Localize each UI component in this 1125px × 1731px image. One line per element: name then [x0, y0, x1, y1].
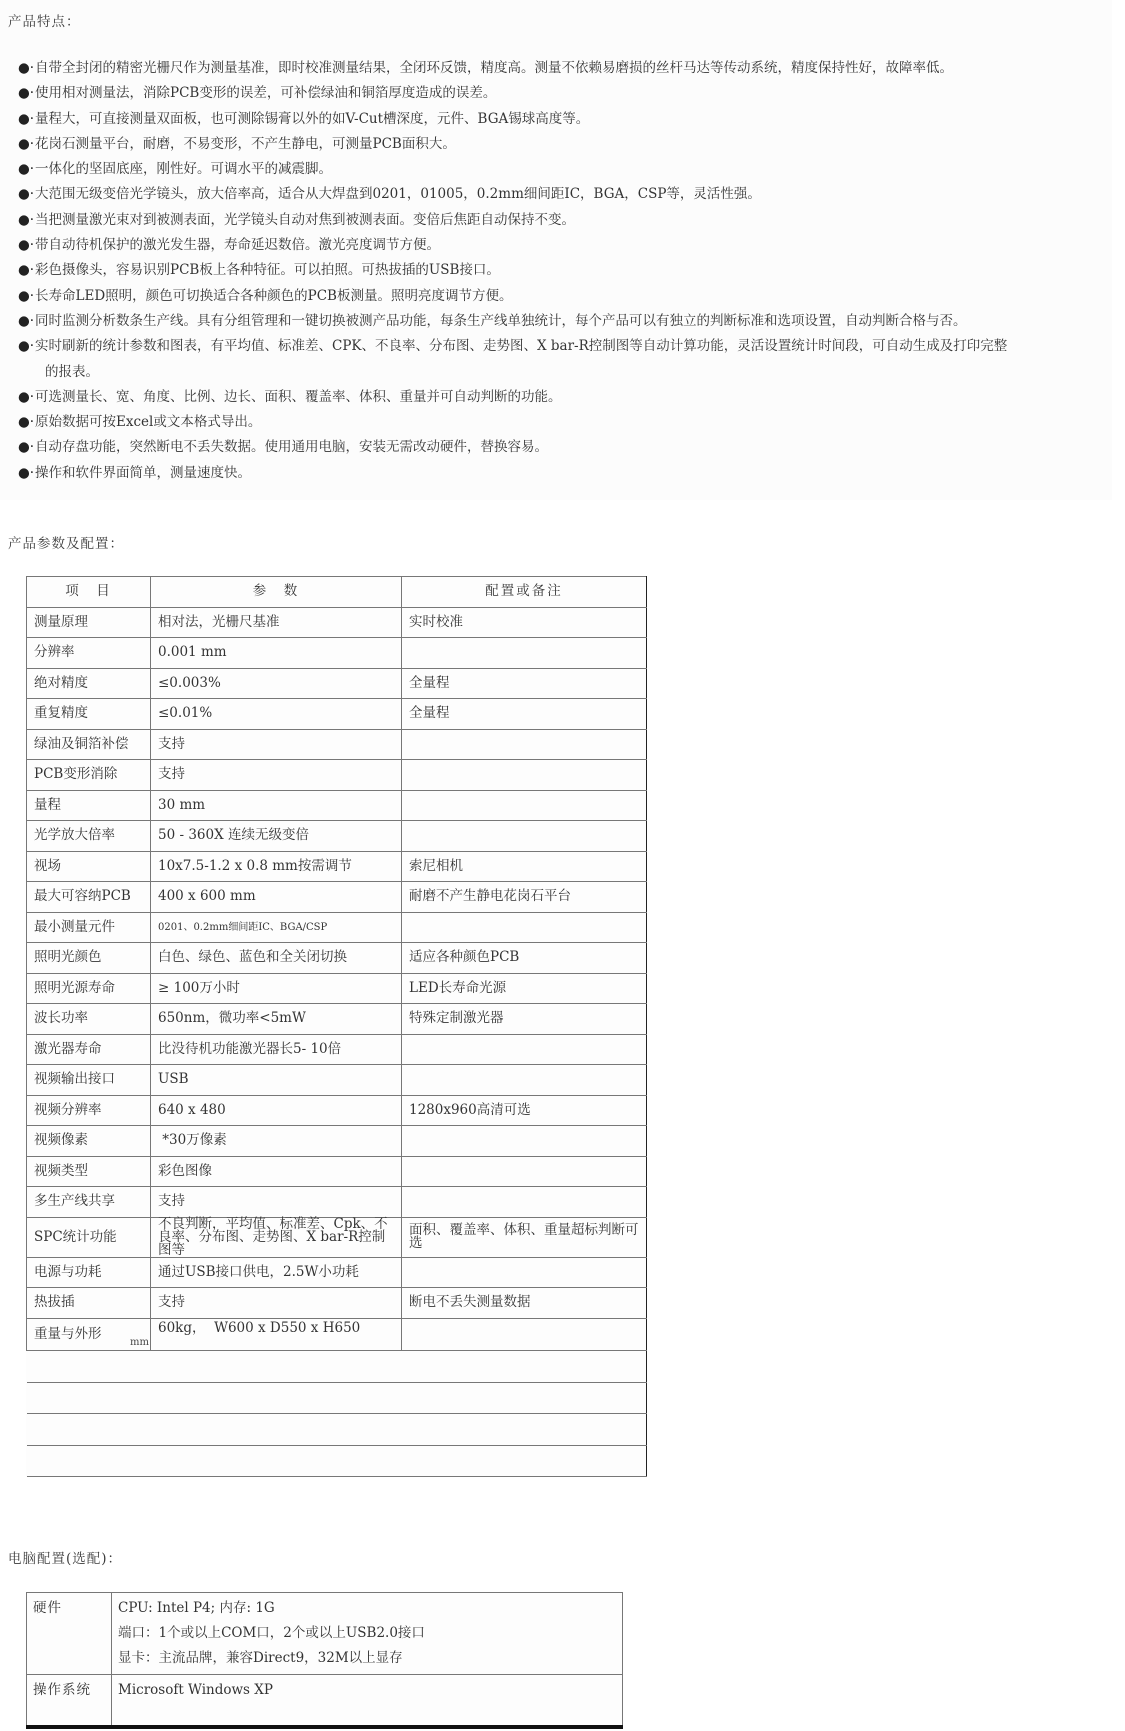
table-row: 多生产线共享支持	[27, 1187, 647, 1218]
os-line: Microsoft Windows XP	[118, 1678, 616, 1703]
bullet-icon: ●·	[18, 107, 34, 132]
spec-table: 项 目 参 数 配置或备注 测量原理相对法，光栅尺基准实时校准 分辨率0.001…	[26, 576, 647, 1477]
features-title: 产品特点：	[8, 10, 81, 30]
table-row: 视场10x7.5-1.2 x 0.8 mm按需调节索尼相机	[27, 851, 647, 882]
table-row: 硬件 CPU: Intel P4; 内存: 1G 端口：1个或以上COM口，2个…	[27, 1593, 623, 1675]
table-row: 重复精度≤0.01%全量程	[27, 699, 647, 730]
blank-row	[27, 1445, 647, 1477]
feature-item: ●·带自动待机保护的激光发生器，寿命延迟数倍。激光亮度调节方便。	[18, 233, 1113, 258]
bullet-icon: ●·	[18, 233, 34, 258]
header-note: 配置或备注	[402, 577, 647, 608]
feature-item: ●·同时监测分析数条生产线。具有分组管理和一键切换被测产品功能，每条生产线单独统…	[18, 309, 1113, 334]
table-row: 波长功率650nm，微功率<5mW特殊定制激光器	[27, 1004, 647, 1035]
feature-item: ●·当把测量激光束对到被测表面，光学镜头自动对焦到被测表面。变倍后焦距自动保持不…	[18, 208, 1113, 233]
feature-item: ●·长寿命LED照明，颜色可切换适合各种颜色的PCB板测量。照明亮度调节方便。	[18, 284, 1113, 309]
feature-item: ●·自动存盘功能，突然断电不丢失数据。使用通用电脑，安装无需改动硬件，替换容易。	[18, 435, 1113, 460]
bullet-icon: ●·	[18, 208, 34, 233]
table-row: 操作系统 Microsoft Windows XP	[27, 1675, 623, 1728]
feature-item: ●·花岗石测量平台，耐磨，不易变形，不产生静电，可测量PCB面积大。	[18, 132, 1113, 157]
table-row: 视频像素 *30万像素	[27, 1126, 647, 1157]
table-row: SPC统计功能不良判断，平均值、标准差、Cpk、不良率、分布图、走势图、X ba…	[27, 1217, 647, 1257]
blank-row	[27, 1382, 647, 1414]
feature-item: ●·可选测量长、宽、角度、比例、边长、面积、覆盖率、体积、重量并可自动判断的功能…	[18, 385, 1113, 410]
bullet-icon: ●·	[18, 157, 34, 182]
pc-config-title: 电脑配置(选配)：	[8, 1547, 122, 1567]
table-row: PCB变形消除支持	[27, 760, 647, 791]
bullet-icon: ●·	[18, 410, 34, 435]
bullet-icon: ●·	[18, 385, 34, 410]
feature-item: ●·实时刷新的统计参数和图表，有平均值、标准差、CPK、不良率、分布图、走势图、…	[18, 334, 1113, 385]
bullet-icon: ●·	[18, 309, 34, 334]
table-row: 光学放大倍率50 - 360X 连续无级变倍	[27, 821, 647, 852]
bullet-icon: ●·	[18, 258, 34, 283]
feature-item: ●·自带全封闭的精密光栅尺作为测量基准，即时校准测量结果，全闭环反馈，精度高。测…	[18, 56, 1113, 81]
table-row: 激光器寿命比没待机功能激光器长5- 10倍	[27, 1034, 647, 1065]
feature-item: ●·原始数据可按Excel或文本格式导出。	[18, 410, 1113, 435]
bullet-icon: ●·	[18, 81, 34, 106]
feature-item: ●·操作和软件界面简单，测量速度快。	[18, 461, 1113, 486]
table-row: 量程30 mm	[27, 790, 647, 821]
table-row: 电源与功耗通过USB接口供电，2.5W小功耗	[27, 1257, 647, 1288]
blank-row	[27, 1414, 647, 1446]
bullet-icon: ●·	[18, 182, 34, 207]
bullet-icon: ●·	[18, 461, 34, 486]
hardware-line: 显卡：主流品牌，兼容Direct9，32M以上显存	[118, 1646, 616, 1671]
table-row: 照明光源寿命≥ 100万小时LED长寿命光源	[27, 973, 647, 1004]
bullet-icon: ●·	[18, 56, 34, 81]
table-row: 热拔插支持断电不丢失测量数据	[27, 1288, 647, 1319]
table-row: 视频类型彩色图像	[27, 1156, 647, 1187]
feature-item: ●·彩色摄像头，容易识别PCB板上各种特征。可以拍照。可热拔插的USB接口。	[18, 258, 1113, 283]
table-row: 绝对精度≤0.003%全量程	[27, 668, 647, 699]
table-row: 分辨率0.001 mm	[27, 638, 647, 669]
hardware-line: CPU: Intel P4; 内存: 1G	[118, 1596, 616, 1621]
table-row: 重量与外形mm60kg， W600 x D550 x H650	[27, 1318, 647, 1351]
table-row: 绿油及铜箔补偿支持	[27, 729, 647, 760]
table-row: 照明光颜色白色、绿色、蓝色和全关闭切换适应各种颜色PCB	[27, 943, 647, 974]
table-row: 视频分辨率640 x 4801280x960高清可选	[27, 1095, 647, 1126]
table-row: 最大可容纳PCB400 x 600 mm耐磨不产生静电花岗石平台	[27, 882, 647, 913]
features-list: ●·自带全封闭的精密光栅尺作为测量基准，即时校准测量结果，全闭环反馈，精度高。测…	[18, 56, 1113, 486]
bullet-icon: ●·	[18, 334, 34, 359]
header-param: 参 数	[151, 577, 402, 608]
bullet-icon: ●·	[18, 284, 34, 309]
feature-item: ●·大范围无级变倍光学镜头，放大倍率高，适合从大焊盘到0201，01005，0.…	[18, 182, 1113, 207]
table-row: 视频输出接口USB	[27, 1065, 647, 1096]
table-row: 最小测量元件0201、0.2mm细间距IC、BGA/CSP	[27, 912, 647, 943]
feature-item: ●·使用相对测量法，消除PCB变形的误差，可补偿绿油和铜箔厚度造成的误差。	[18, 81, 1113, 106]
bullet-icon: ●·	[18, 132, 34, 157]
feature-item: ●·量程大，可直接测量双面板，也可测除锡膏以外的如V-Cut槽深度，元件、BGA…	[18, 107, 1113, 132]
table-header-row: 项 目 参 数 配置或备注	[27, 577, 647, 608]
header-item: 项 目	[27, 577, 151, 608]
hardware-line: 端口：1个或以上COM口，2个或以上USB2.0接口	[118, 1621, 616, 1646]
blank-row	[27, 1351, 647, 1383]
pc-config-table: 硬件 CPU: Intel P4; 内存: 1G 端口：1个或以上COM口，2个…	[26, 1592, 623, 1729]
spec-title: 产品参数及配置：	[8, 532, 124, 552]
feature-item: ●·一体化的坚固底座，刚性好。可调水平的减震脚。	[18, 157, 1113, 182]
table-row: 测量原理相对法，光栅尺基准实时校准	[27, 607, 647, 638]
bullet-icon: ●·	[18, 435, 34, 460]
